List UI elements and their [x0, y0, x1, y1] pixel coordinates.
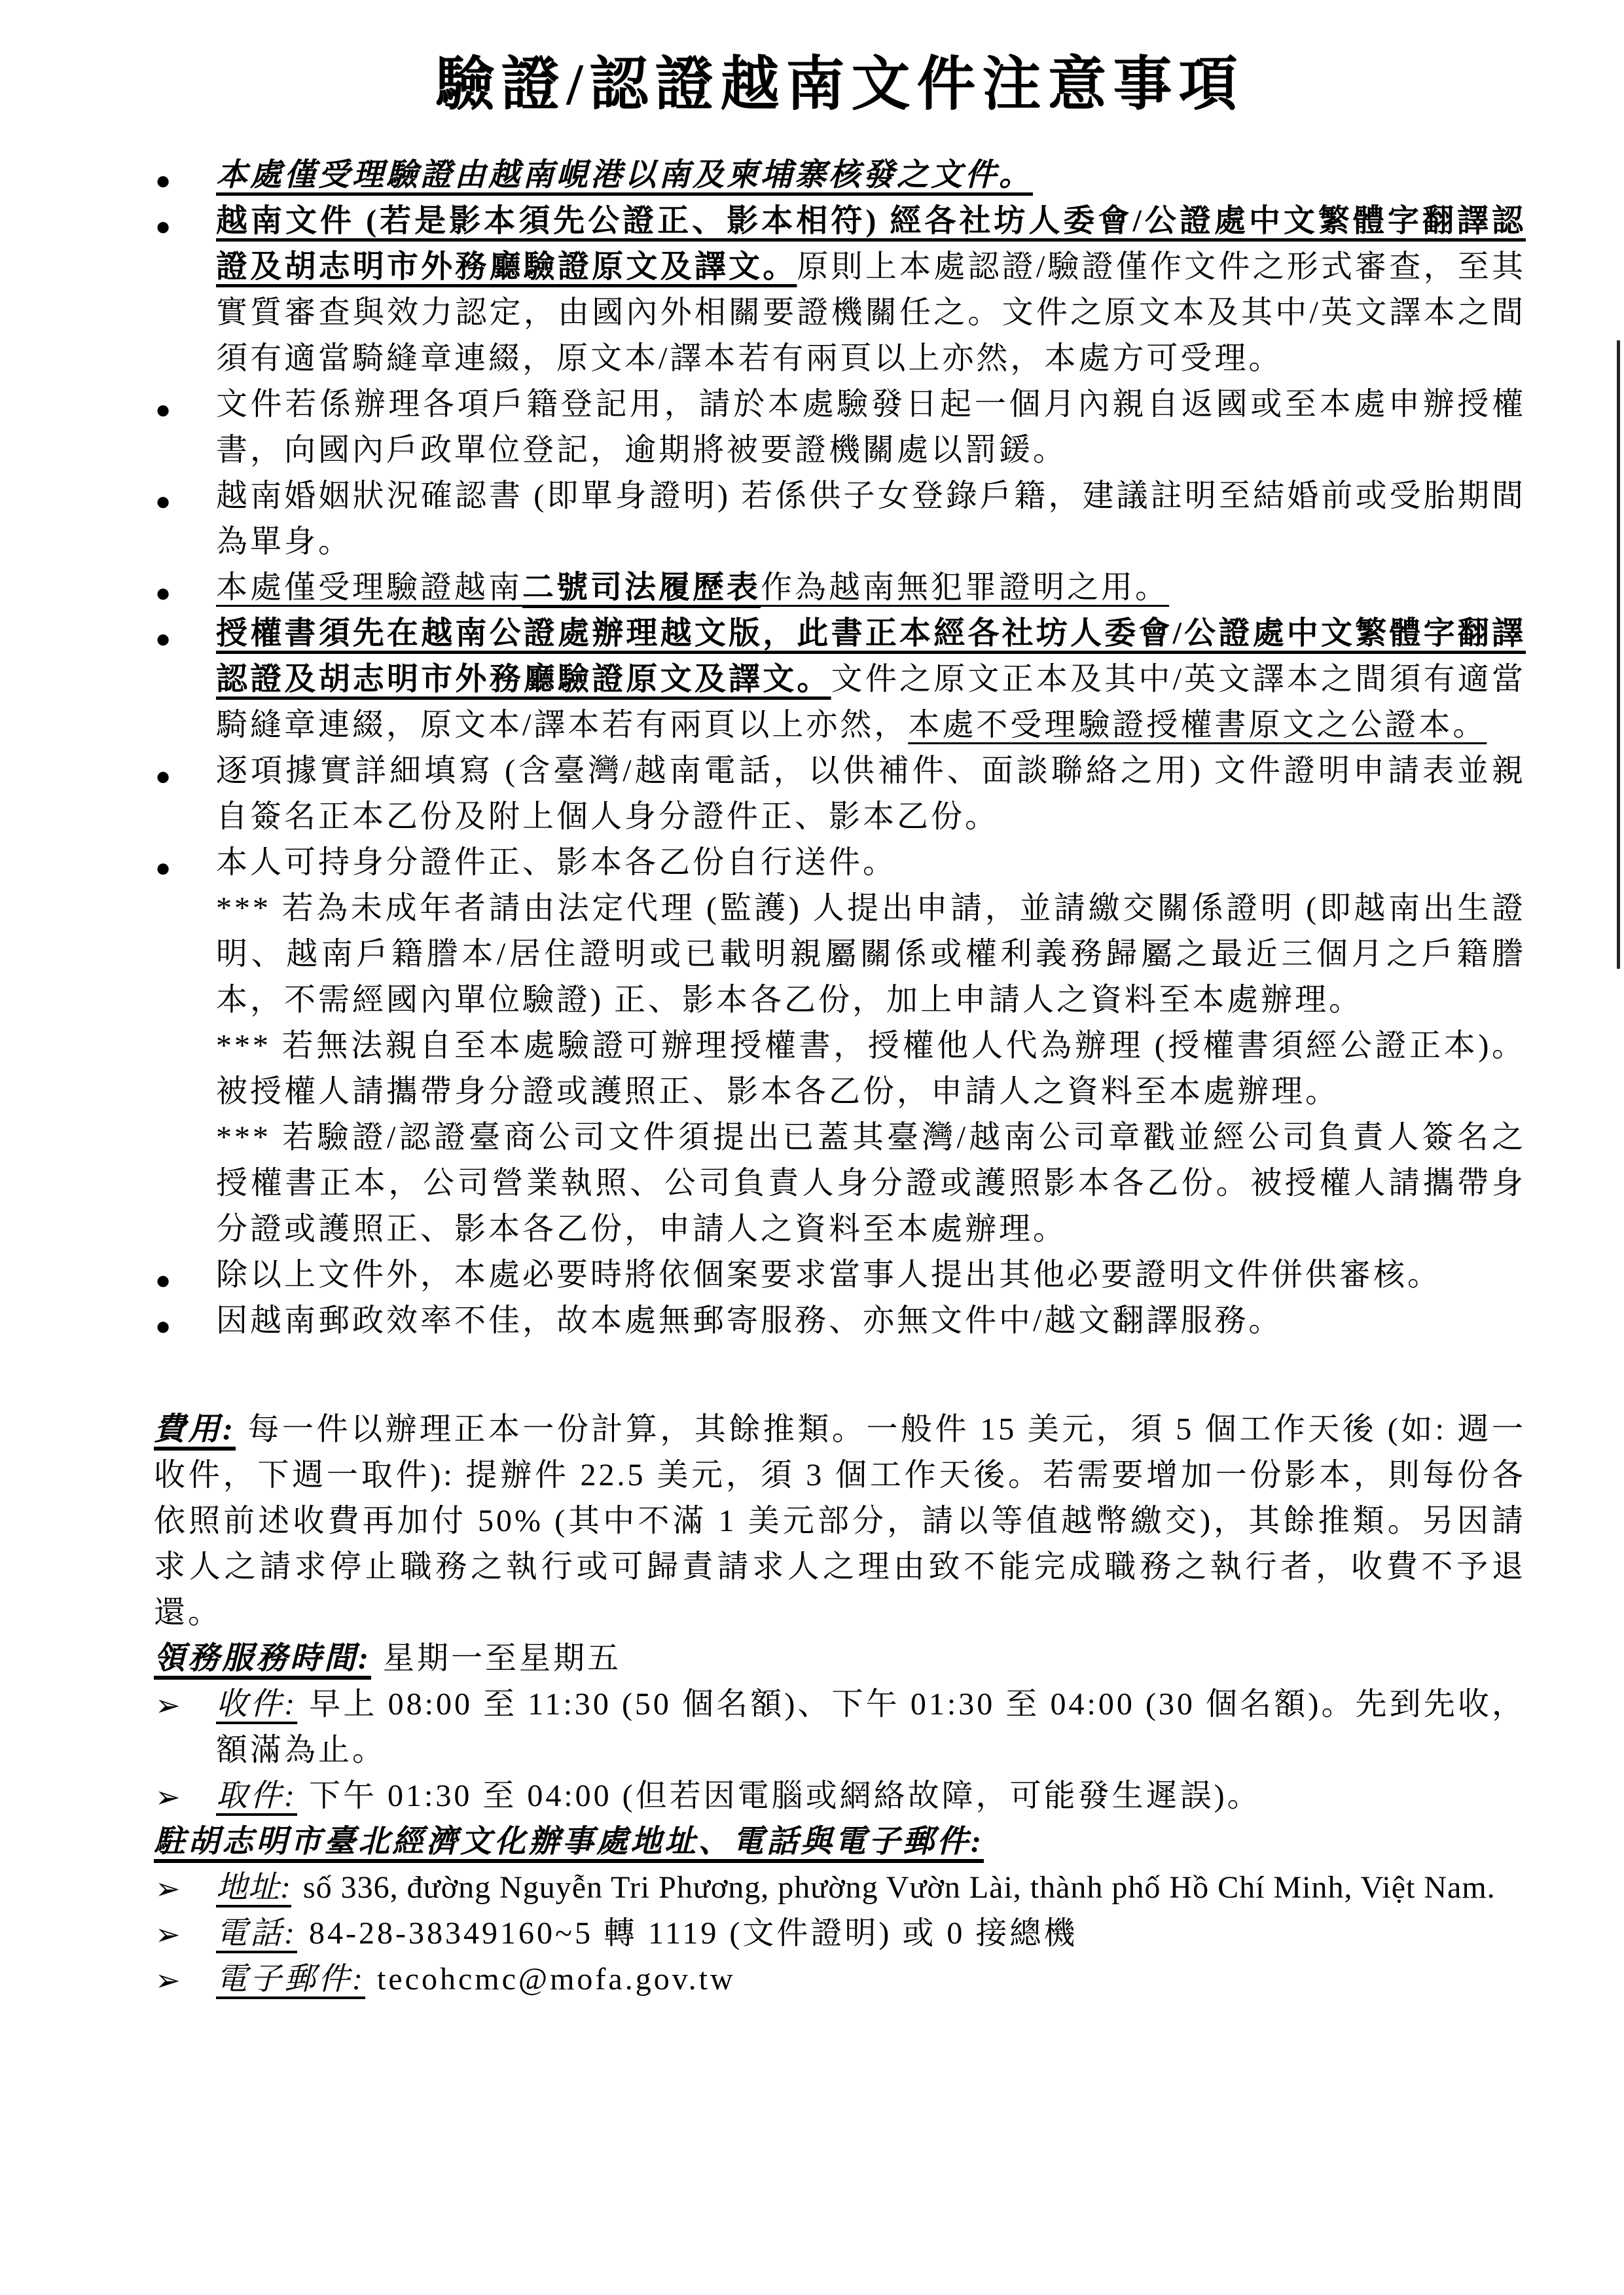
fees-paragraph: 費用:每一件以辦理正本一份計算，其餘推類。一般件 15 美元，須 5 個工作天後…	[154, 1407, 1526, 1636]
bullet-item: ● 本處僅受理驗證越南二號司法履歷表作為越南無犯罪證明之用。	[154, 565, 1526, 611]
item-label: 電子郵件:	[216, 1962, 365, 1997]
bullet-item: ● 本處僅受理驗證由越南峴港以南及柬埔寨核發之文件。	[154, 153, 1526, 198]
bullet-text: 授權書須先在越南公證處辦理越文版，此書正本經各社坊人委會/公證處中文繁體字翻譯認…	[216, 611, 1526, 748]
item-label: 取件:	[216, 1779, 297, 1813]
text-segment: *** 若為未成年者請由法定代理 (監護) 人提出申請，並請繳交關係證明 (即越…	[216, 891, 1526, 1017]
arrow-item-email: ➢ 電子郵件:tecohcmc@mofa.gov.tw	[154, 1957, 1526, 2002]
service-hours-label: 領務服務時間:	[154, 1641, 371, 1676]
text-segment: 逐項據實詳細填寫 (含臺灣/越南電話，以供補件、面談聯絡之用) 文件證明申請表並…	[216, 753, 1526, 834]
text-segment: 因越南郵政效率不佳，故本處無郵寄服務、亦無文件中/越文翻譯服務。	[216, 1303, 1282, 1338]
bullet-item: ● 逐項據實詳細填寫 (含臺灣/越南電話，以供補件、面談聯絡之用) 文件證明申請…	[154, 748, 1526, 840]
bullet-item: ● 因越南郵政效率不佳，故本處無郵寄服務、亦無文件中/越文翻譯服務。	[154, 1298, 1526, 1344]
item-label: 電話:	[216, 1916, 297, 1951]
arrow-item-text: 電子郵件:tecohcmc@mofa.gov.tw	[216, 1957, 1526, 2002]
email-text: tecohcmc@mofa.gov.tw	[377, 1962, 736, 1997]
text-segment: *** 若無法親自至本處驗證可辦理授權書，授權他人代為辦理 (授權書須經公證正本…	[216, 1028, 1526, 1109]
bullet-icon: ●	[155, 616, 171, 662]
notice-list: ● 本處僅受理驗證由越南峴港以南及柬埔寨核發之文件。 ● 越南文件 (若是影本須…	[154, 153, 1526, 1344]
bullet-text: 除以上文件外，本處必要時將依個案要求當事人提出其他必要證明文件併供審核。	[216, 1252, 1526, 1298]
arrow-item-intake: ➢ 收件:早上 08:00 至 11:30 (50 個名額)、下午 01:30 …	[154, 1682, 1526, 1773]
bullet-item: ● 越南婚姻狀況確認書 (即單身證明) 若係供子女登錄戶籍，建議註明至結婚前或受…	[154, 473, 1526, 565]
bullet-icon: ●	[155, 479, 171, 524]
text-segment: 本處僅受理驗證越南	[216, 570, 522, 605]
fees-text: 每一件以辦理正本一份計算，其餘推類。一般件 15 美元，須 5 個工作天後 (如…	[154, 1412, 1526, 1630]
bullet-icon: ●	[155, 204, 171, 249]
bullet-icon: ●	[155, 753, 171, 799]
scan-artifact-line	[1617, 340, 1620, 969]
text-segment: 本處不受理驗證授權書原文之公證本。	[908, 708, 1487, 742]
service-hours-text: 星期一至星期五	[383, 1641, 621, 1676]
fees-label: 費用:	[154, 1412, 236, 1447]
text-segment: 作為越南無犯罪證明之用。	[761, 570, 1169, 605]
arrow-item-address: ➢ 地址:số 336, đường Nguyễn Tri Phương, ph…	[154, 1865, 1526, 1911]
bullet-item: ● 授權書須先在越南公證處辦理越文版，此書正本經各社坊人委會/公證處中文繁體字翻…	[154, 611, 1526, 748]
bullet-icon: ●	[155, 1257, 171, 1303]
item-label: 收件:	[216, 1687, 297, 1722]
arrow-item-phone: ➢ 電話:84-28-38349160~5 轉 1119 (文件證明) 或 0 …	[154, 1911, 1526, 1957]
text-segment: 二號司法履歷表	[522, 570, 761, 605]
text-segment: 本處僅受理驗證由越南峴港以南及柬埔寨核發之文件。	[216, 158, 1033, 192]
bullet-text: 文件若係辦理各項戶籍登記用，請於本處驗發日起一個月內親自返國或至本處申辦授權書，…	[216, 382, 1526, 473]
arrow-item-text: 取件:下午 01:30 至 04:00 (但若因電腦或網絡故障，可能發生遲誤)。	[216, 1773, 1526, 1819]
bullet-icon: ●	[155, 570, 171, 616]
arrow-item-text: 地址:số 336, đường Nguyễn Tri Phương, phườ…	[216, 1865, 1526, 1911]
text-segment: 越南婚姻狀況確認書 (即單身證明) 若係供子女登錄戶籍，建議註明至結婚前或受胎期…	[216, 479, 1526, 559]
item-label: 地址:	[216, 1870, 291, 1905]
text-segment: 文件若係辦理各項戶籍登記用，請於本處驗發日起一個月內親自返國或至本處申辦授權書，…	[216, 387, 1526, 467]
arrow-item-pickup: ➢ 取件:下午 01:30 至 04:00 (但若因電腦或網絡故障，可能發生遲誤…	[154, 1773, 1526, 1819]
bullet-text: 本處僅受理驗證越南二號司法履歷表作為越南無犯罪證明之用。	[216, 565, 1526, 611]
bullet-text: 本處僅受理驗證由越南峴港以南及柬埔寨核發之文件。	[216, 153, 1526, 198]
bullet-text: 逐項據實詳細填寫 (含臺灣/越南電話，以供補件、面談聯絡之用) 文件證明申請表並…	[216, 748, 1526, 840]
scanned-notice-page: 驗證/認證越南文件注意事項 ● 本處僅受理驗證由越南峴港以南及柬埔寨核發之文件。…	[0, 0, 1624, 2295]
service-hours-heading: 領務服務時間:星期一至星期五	[154, 1636, 1526, 1682]
bullet-icon: ●	[155, 387, 171, 433]
bullet-item: ● 越南文件 (若是影本須先公證正、影本相符) 經各社坊人委會/公證處中文繁體字…	[154, 198, 1526, 382]
bullet-item: ● 本人可持身分證件正、影本各乙份自行送件。	[154, 840, 1526, 886]
bullet-text: 越南婚姻狀況確認書 (即單身證明) 若係供子女登錄戶籍，建議註明至結婚前或受胎期…	[216, 473, 1526, 565]
bullet-text: 越南文件 (若是影本須先公證正、影本相符) 經各社坊人委會/公證處中文繁體字翻譯…	[216, 198, 1526, 382]
note-paragraph: *** 若為未成年者請由法定代理 (監護) 人提出申請，並請繳交關係證明 (即越…	[154, 886, 1526, 1023]
bullet-item: ● 除以上文件外，本處必要時將依個案要求當事人提出其他必要證明文件併供審核。	[154, 1252, 1526, 1298]
arrow-item-text: 電話:84-28-38349160~5 轉 1119 (文件證明) 或 0 接總…	[216, 1911, 1526, 1957]
text-segment: 本人可持身分證件正、影本各乙份自行送件。	[216, 845, 897, 880]
contact-heading: 駐胡志明市臺北經濟文化辦事處地址、電話與電子郵件:	[154, 1819, 984, 1865]
phone-text: 84-28-38349160~5 轉 1119 (文件證明) 或 0 接總機	[309, 1916, 1077, 1951]
bullet-icon: ●	[155, 158, 171, 204]
text-segment: 除以上文件外，本處必要時將依個案要求當事人提出其他必要證明文件併供審核。	[216, 1257, 1441, 1292]
arrow-item-text: 收件:早上 08:00 至 11:30 (50 個名額)、下午 01:30 至 …	[216, 1682, 1526, 1773]
text-segment: *** 若驗證/認證臺商公司文件須提出已蓋其臺灣/越南公司章戳並經公司負責人簽名…	[216, 1120, 1526, 1246]
item-text: 早上 08:00 至 11:30 (50 個名額)、下午 01:30 至 04:…	[216, 1687, 1526, 1767]
address-text: số 336, đường Nguyễn Tri Phương, phường …	[303, 1870, 1496, 1905]
arrow-icon: ➢	[155, 1912, 181, 1958]
contact-list: ➢ 地址:số 336, đường Nguyễn Tri Phương, ph…	[154, 1865, 1526, 2002]
hours-list: ➢ 收件:早上 08:00 至 11:30 (50 個名額)、下午 01:30 …	[154, 1682, 1526, 1819]
arrow-icon: ➢	[155, 1866, 181, 1912]
arrow-icon: ➢	[155, 1683, 181, 1729]
bullet-icon: ●	[155, 1303, 171, 1349]
note-paragraph: *** 若驗證/認證臺商公司文件須提出已蓋其臺灣/越南公司章戳並經公司負責人簽名…	[154, 1115, 1526, 1252]
arrow-icon: ➢	[155, 1958, 181, 2004]
document-title: 驗證/認證越南文件注意事項	[154, 48, 1526, 122]
arrow-icon: ➢	[155, 1775, 181, 1820]
bullet-icon: ●	[155, 845, 171, 891]
bullet-item: ● 文件若係辦理各項戶籍登記用，請於本處驗發日起一個月內親自返國或至本處申辦授權…	[154, 382, 1526, 473]
note-paragraph: *** 若無法親自至本處驗證可辦理授權書，授權他人代為辦理 (授權書須經公證正本…	[154, 1023, 1526, 1115]
bullet-text: 本人可持身分證件正、影本各乙份自行送件。	[216, 840, 1526, 886]
contact-heading-row: 駐胡志明市臺北經濟文化辦事處地址、電話與電子郵件:	[154, 1819, 1526, 1865]
bullet-text: 因越南郵政效率不佳，故本處無郵寄服務、亦無文件中/越文翻譯服務。	[216, 1298, 1526, 1344]
item-text: 下午 01:30 至 04:00 (但若因電腦或網絡故障，可能發生遲誤)。	[309, 1779, 1261, 1813]
